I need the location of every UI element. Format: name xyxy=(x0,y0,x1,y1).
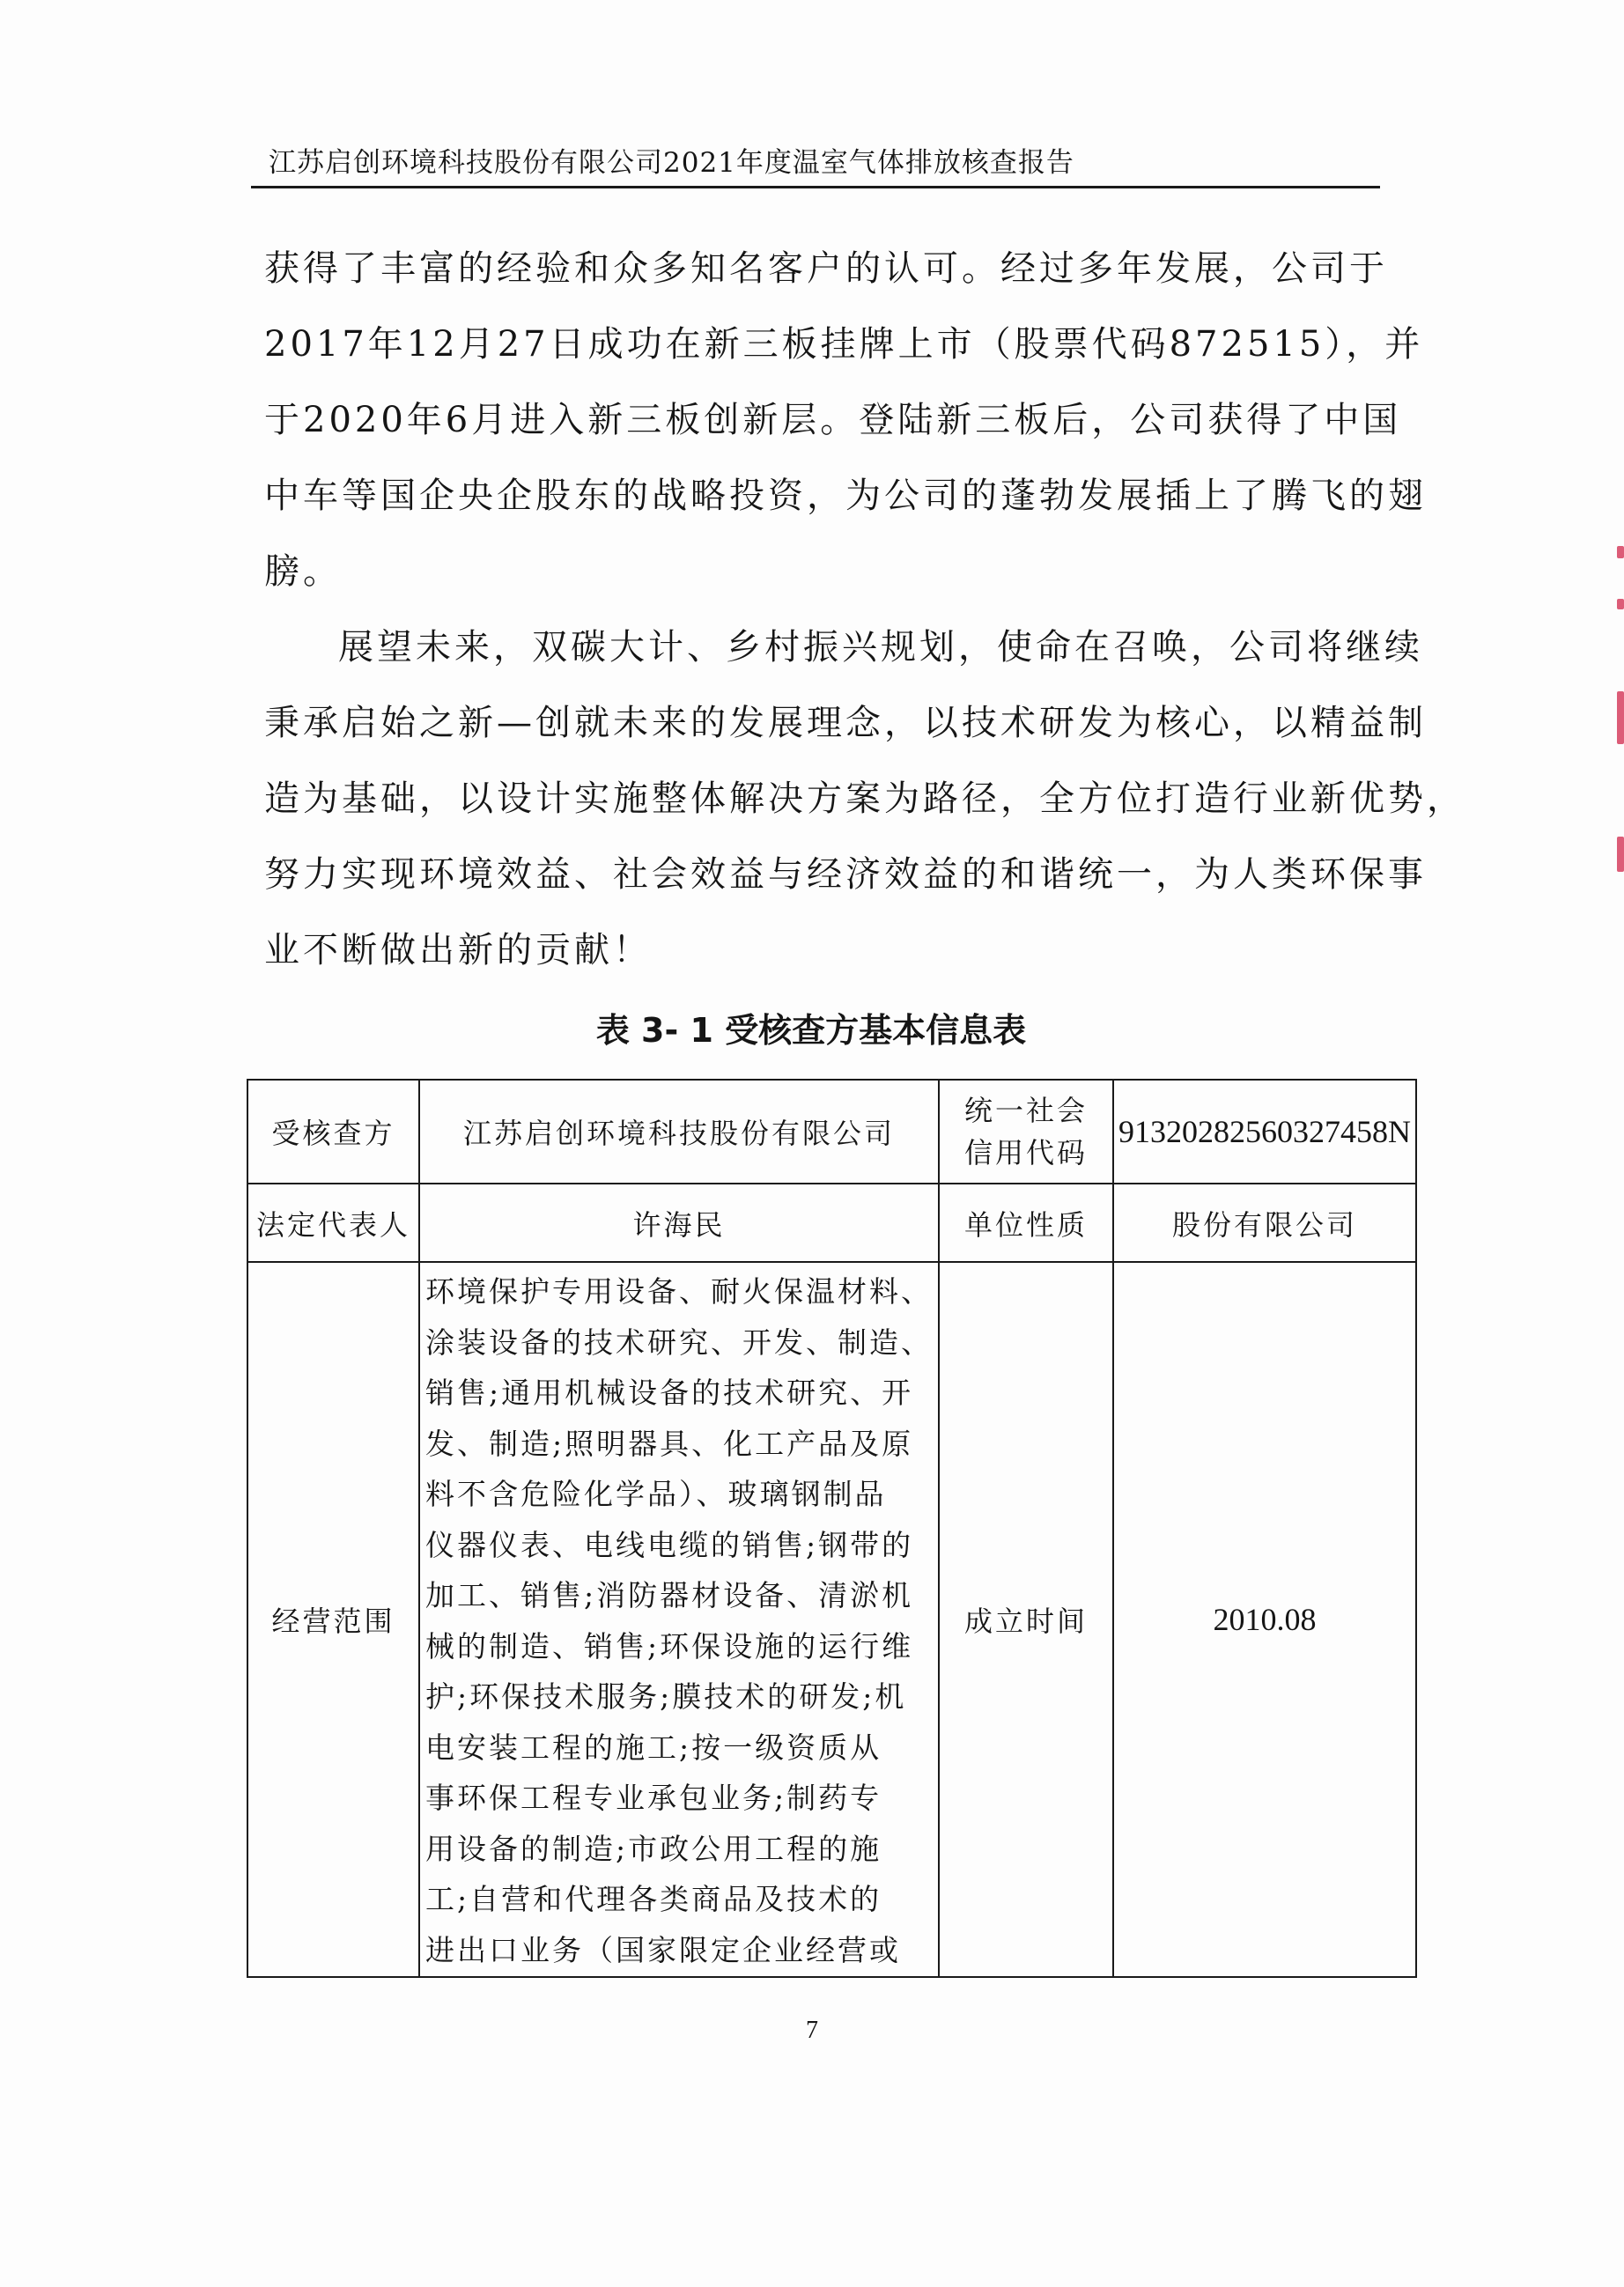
text-line: 于2020年6月进入新三板创新层。登陆新三板后，公司获得了中国 xyxy=(264,382,1378,458)
scope-line: 械的制造、销售;环保设施的运行维 xyxy=(425,1621,933,1672)
text-line: 获得了丰富的经验和众多知名客户的认可。经过多年发展，公司于 xyxy=(264,231,1378,306)
scope-line: 工;自营和代理各类商品及技术的 xyxy=(425,1874,933,1925)
text-line: 造为基础，以设计实施整体解决方案为路径，全方位打造行业新优势， xyxy=(264,761,1378,837)
scope-line: 护;环保技术服务;膜技术的研发;机 xyxy=(425,1671,933,1723)
label-business-scope: 经营范围 xyxy=(247,1262,419,1977)
scope-line: 进出口业务（国家限定企业经营或 xyxy=(425,1925,933,1976)
table-caption: 表 3- 1 受核查方基本信息表 xyxy=(247,1004,1376,1057)
paragraph-company-history: 获得了丰富的经验和众多知名客户的认可。经过多年发展，公司于 2017年12月27… xyxy=(264,231,1378,609)
label-legal-representative: 法定代表人 xyxy=(247,1184,419,1262)
scope-line: 料不含危险化学品）、玻璃钢制品 xyxy=(425,1469,933,1520)
paragraph-outlook: 展望未来，双碳大计、乡村振兴规划，使命在召唤，公司将继续 秉承启始之新—创就未来… xyxy=(264,609,1378,988)
seal-edge-mark xyxy=(1617,599,1624,609)
seal-edge-mark xyxy=(1617,546,1624,558)
scope-line: 发、制造;照明器具、化工产品及原 xyxy=(425,1419,933,1470)
seal-edge-mark xyxy=(1617,691,1624,744)
page-number: 7 xyxy=(0,2017,1624,2045)
scope-line: 环境保护专用设备、耐火保温材料、 xyxy=(425,1266,933,1317)
scope-line: 涂装设备的技术研究、开发、制造、 xyxy=(425,1317,933,1369)
report-title: 江苏启创环境科技股份有限公司2021年度温室气体排放核查报告 xyxy=(251,145,1380,181)
text-line: 中车等国企央企股东的战略投资，为公司的蓬勃发展插上了腾飞的翅 xyxy=(264,458,1378,534)
label-line: 信用代码 xyxy=(943,1132,1109,1174)
value-business-scope: 环境保护专用设备、耐火保温材料、 涂装设备的技术研究、开发、制造、 销售;通用机… xyxy=(419,1262,939,1977)
header-rule xyxy=(251,186,1380,188)
label-verified-party: 受核查方 xyxy=(247,1080,419,1184)
text-line: 展望未来，双碳大计、乡村振兴规划，使命在召唤，公司将继续 xyxy=(264,609,1378,685)
body-text: 获得了丰富的经验和众多知名客户的认可。经过多年发展，公司于 2017年12月27… xyxy=(264,231,1378,988)
value-entity-type: 股份有限公司 xyxy=(1113,1184,1416,1262)
value-company-name: 江苏启创环境科技股份有限公司 xyxy=(419,1080,939,1184)
label-entity-type: 单位性质 xyxy=(939,1184,1113,1262)
text-line: 努力实现环境效益、社会效益与经济效益的和谐统一，为人类环保事 xyxy=(264,837,1378,912)
table-row: 受核查方 江苏启创环境科技股份有限公司 统一社会 信用代码 9132028256… xyxy=(247,1080,1416,1184)
scope-line: 事环保工程专业承包业务;制药专 xyxy=(425,1773,933,1824)
scope-line: 销售;通用机械设备的技术研究、开 xyxy=(425,1368,933,1419)
text-line: 秉承启始之新—创就未来的发展理念，以技术研发为核心，以精益制 xyxy=(264,685,1378,761)
scope-line: 加工、销售;消防器材设备、清淤机 xyxy=(425,1570,933,1621)
label-credit-code: 统一社会 信用代码 xyxy=(939,1080,1113,1184)
value-credit-code: 91320282560327458N xyxy=(1113,1080,1416,1184)
scope-line: 电安装工程的施工;按一级资质从 xyxy=(425,1723,933,1774)
text-line: 2017年12月27日成功在新三板挂牌上市（股票代码872515），并 xyxy=(264,306,1378,382)
label-line: 统一社会 xyxy=(943,1089,1109,1132)
text-line: 业不断做出新的贡献！ xyxy=(264,912,1378,988)
scope-line: 用设备的制造;市政公用工程的施 xyxy=(425,1824,933,1875)
value-established-date: 2010.08 xyxy=(1113,1262,1416,1977)
text-line: 膀。 xyxy=(264,534,1378,609)
label-established-date: 成立时间 xyxy=(939,1262,1113,1977)
table-row: 法定代表人 许海民 单位性质 股份有限公司 xyxy=(247,1184,1416,1262)
entity-info-table: 受核查方 江苏启创环境科技股份有限公司 统一社会 信用代码 9132028256… xyxy=(247,1079,1417,1978)
table-row: 经营范围 环境保护专用设备、耐火保温材料、 涂装设备的技术研究、开发、制造、 销… xyxy=(247,1262,1416,1977)
seal-edge-mark xyxy=(1617,837,1624,872)
value-legal-representative: 许海民 xyxy=(419,1184,939,1262)
scope-line: 仪器仪表、电线电缆的销售;钢带的 xyxy=(425,1520,933,1571)
page-header: 江苏启创环境科技股份有限公司2021年度温室气体排放核查报告 xyxy=(251,145,1380,188)
